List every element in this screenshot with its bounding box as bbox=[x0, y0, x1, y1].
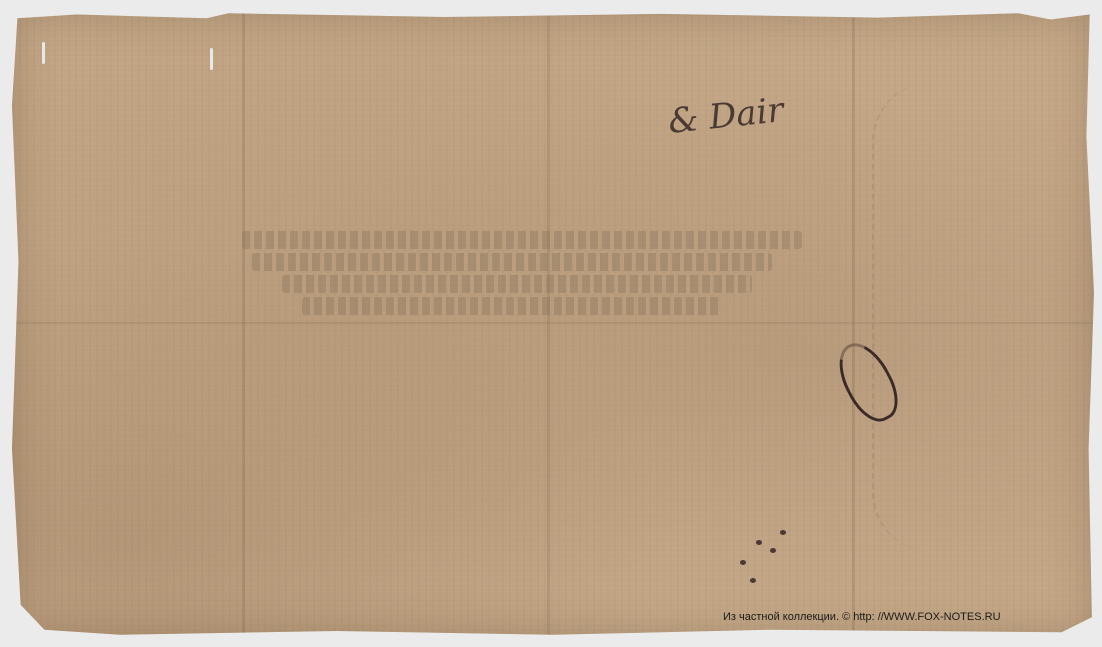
pin-hole bbox=[42, 42, 45, 64]
banknote bbox=[12, 12, 1094, 636]
fold-line bbox=[242, 12, 245, 636]
collection-caption: Из частной коллекции. © http: //WWW.FOX-… bbox=[723, 611, 1001, 623]
pin-hole bbox=[210, 48, 213, 70]
fold-line bbox=[852, 12, 855, 636]
faded-print-text bbox=[242, 227, 662, 319]
fold-line bbox=[547, 12, 550, 636]
ornamental-border bbox=[872, 82, 1044, 552]
